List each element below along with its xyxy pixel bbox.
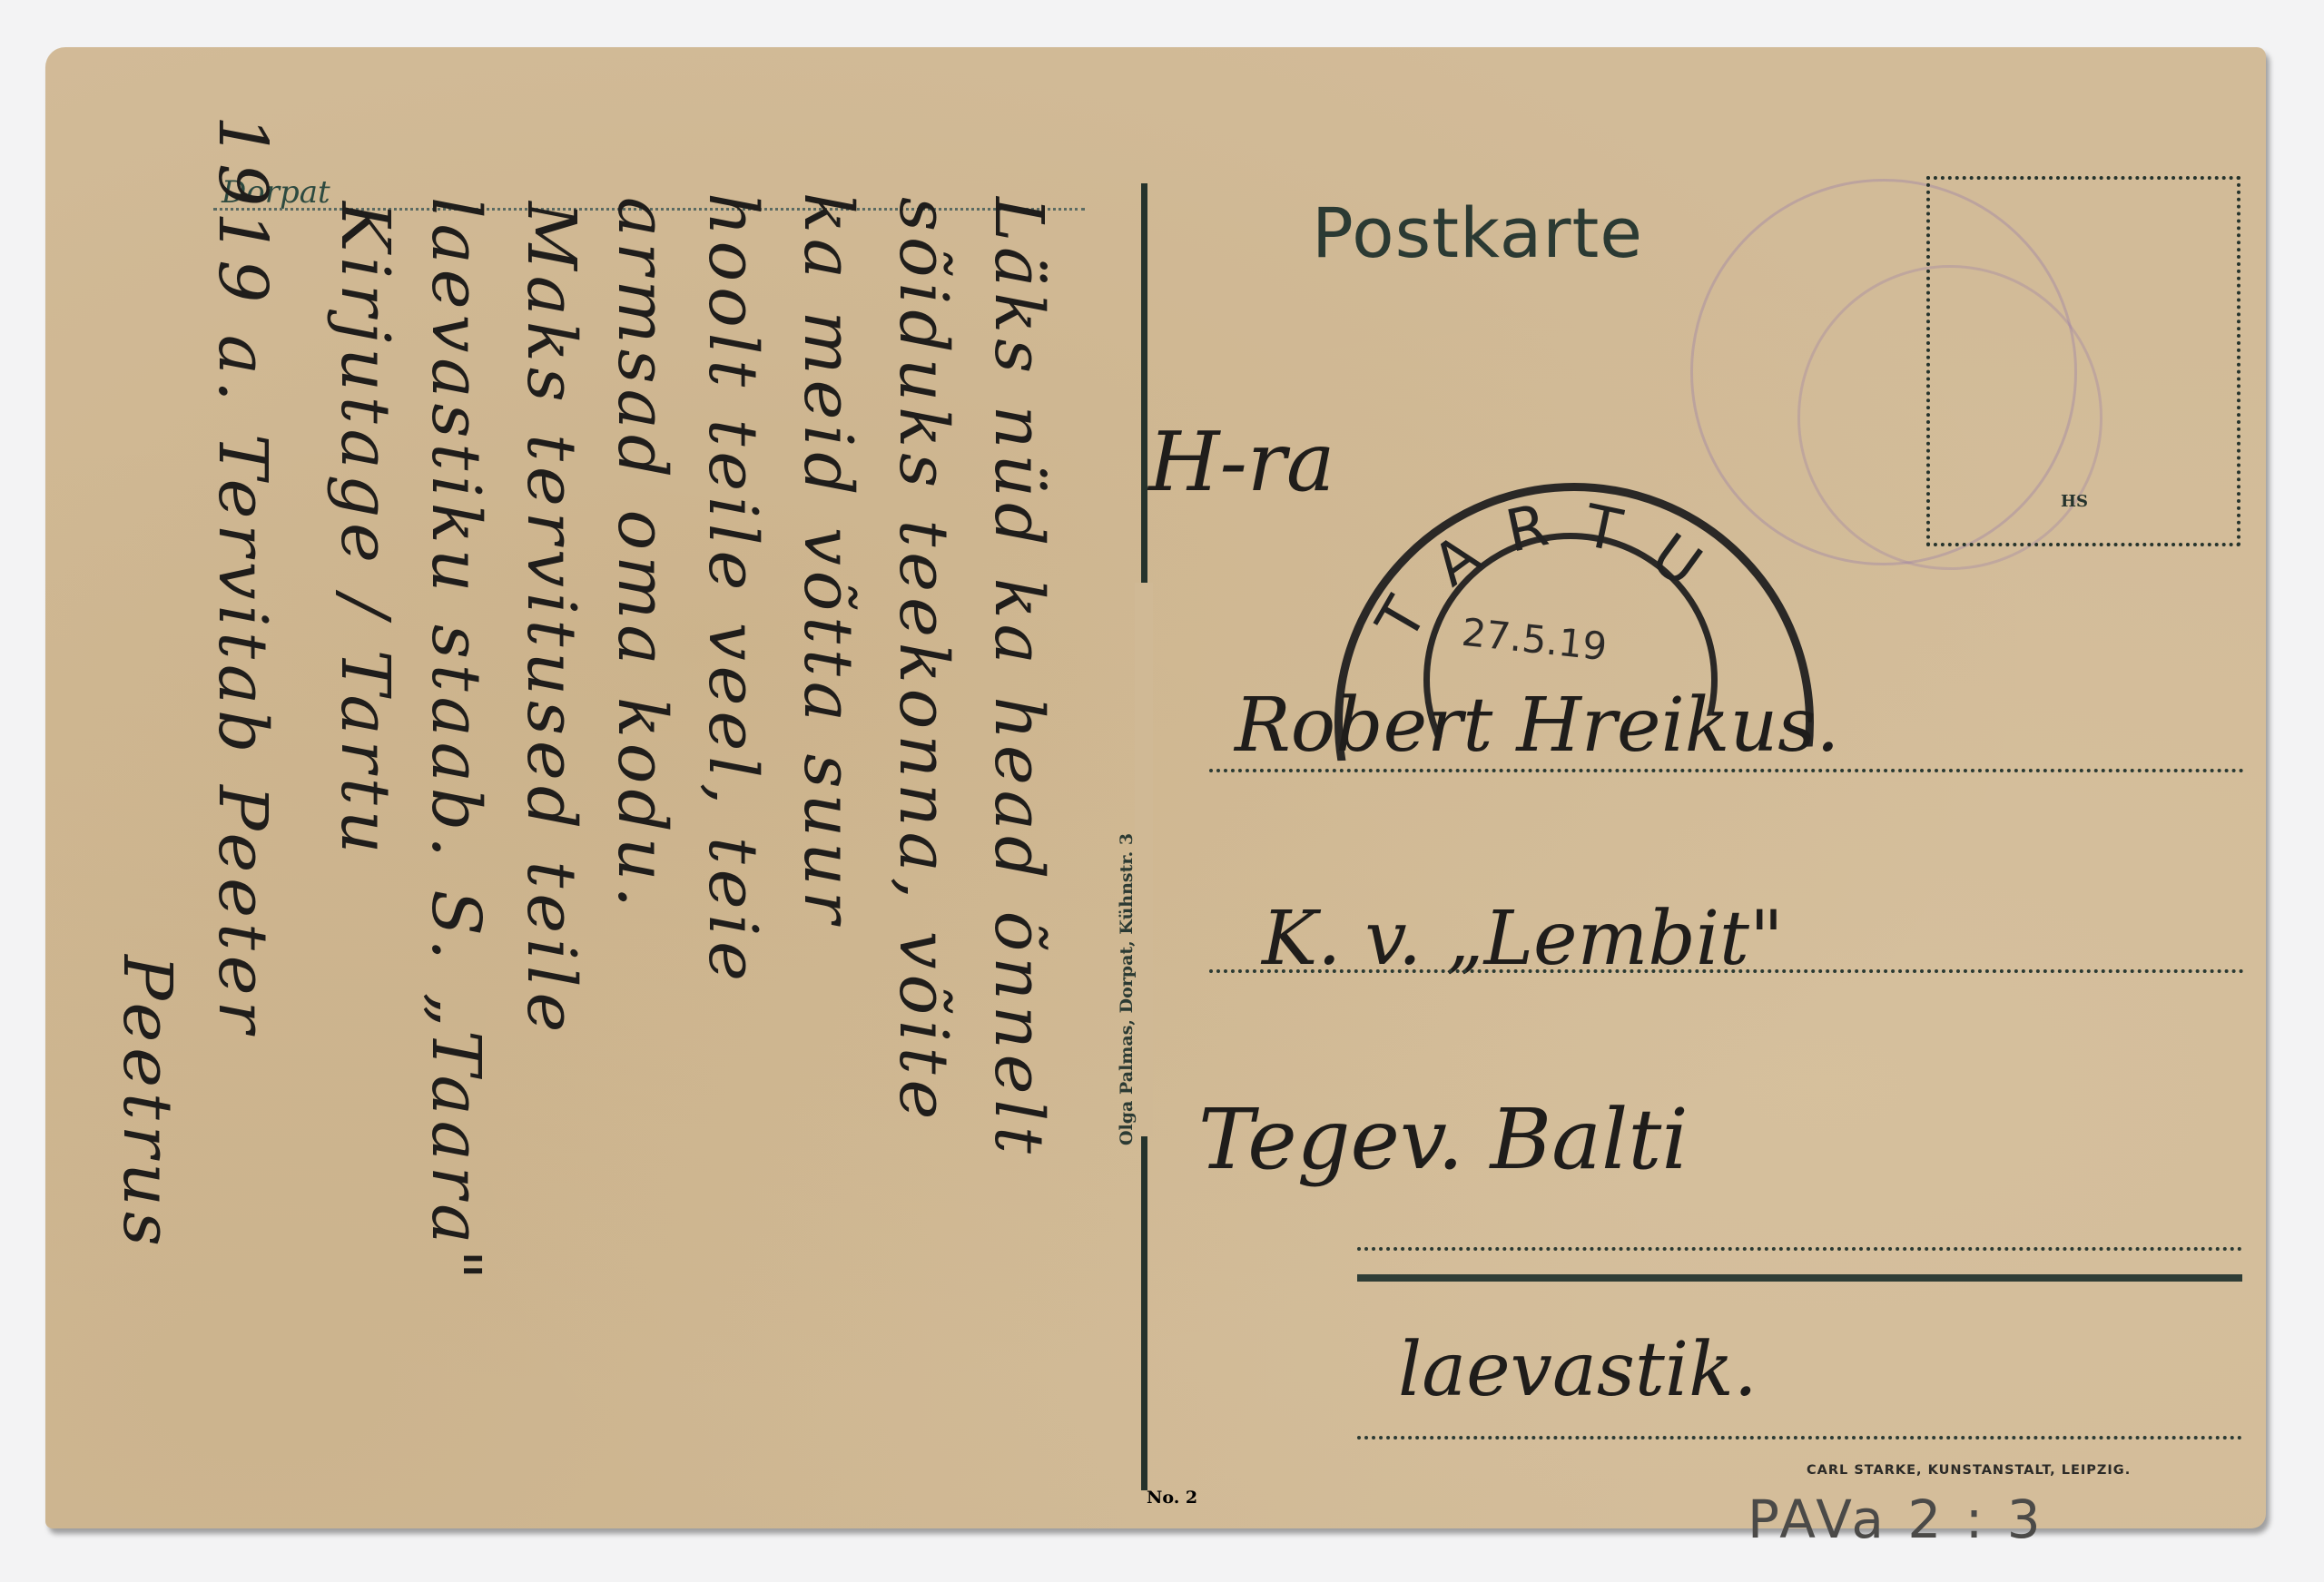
message-line: ka meid võtta suur <box>789 192 867 929</box>
postcard: Postkarte Olga Palmas, Dorpat, Kühnstr. … <box>45 47 2266 1528</box>
publisher-imprint: CARL STARKE, KUNSTANSTALT, LEIPZIG. <box>1807 1463 2131 1478</box>
address-dotted-line-2 <box>1209 969 2244 973</box>
printer-imprint: Olga Palmas, Dorpat, Kühnstr. 3 <box>1117 510 1138 1145</box>
message-line: hoolt teile veel, teie <box>694 192 772 987</box>
message-line: armsad oma kodu. <box>603 197 681 913</box>
address-thick-line <box>1357 1274 2242 1282</box>
message-line: sõiduks teekonna, võite <box>884 197 962 1125</box>
series-number: No. 2 <box>1147 1488 1197 1508</box>
message-line: Maks tervitused teile <box>512 201 590 1037</box>
address-dotted-line-3 <box>1357 1247 2242 1251</box>
message-line: Kirjutage / Tartu <box>326 201 404 859</box>
message-line: Peetrus <box>108 955 186 1252</box>
message-line: laevastiku staab. S. „Taara" <box>417 197 495 1285</box>
address-line-4: laevastik. <box>1398 1327 1758 1413</box>
archive-reference: PAVa 2 : 3 <box>1748 1489 2044 1550</box>
address-line-3: Tegev. Balti <box>1198 1091 1689 1188</box>
message-line: Läks nüd ka head õnnelt <box>980 197 1058 1159</box>
postkarte-heading: Postkarte <box>1312 192 1643 273</box>
address-salutation: H-ra <box>1148 415 1335 510</box>
message-line: 1919 a. Tervitab Peeter <box>203 115 281 1038</box>
stamp-box <box>1926 176 2240 546</box>
address-line-1: Robert Hreikus. <box>1235 683 1839 769</box>
address-dotted-line-1 <box>1209 769 2244 772</box>
address-dotted-line-4 <box>1357 1436 2242 1440</box>
stamp-box-mark: HS <box>2061 492 2088 511</box>
